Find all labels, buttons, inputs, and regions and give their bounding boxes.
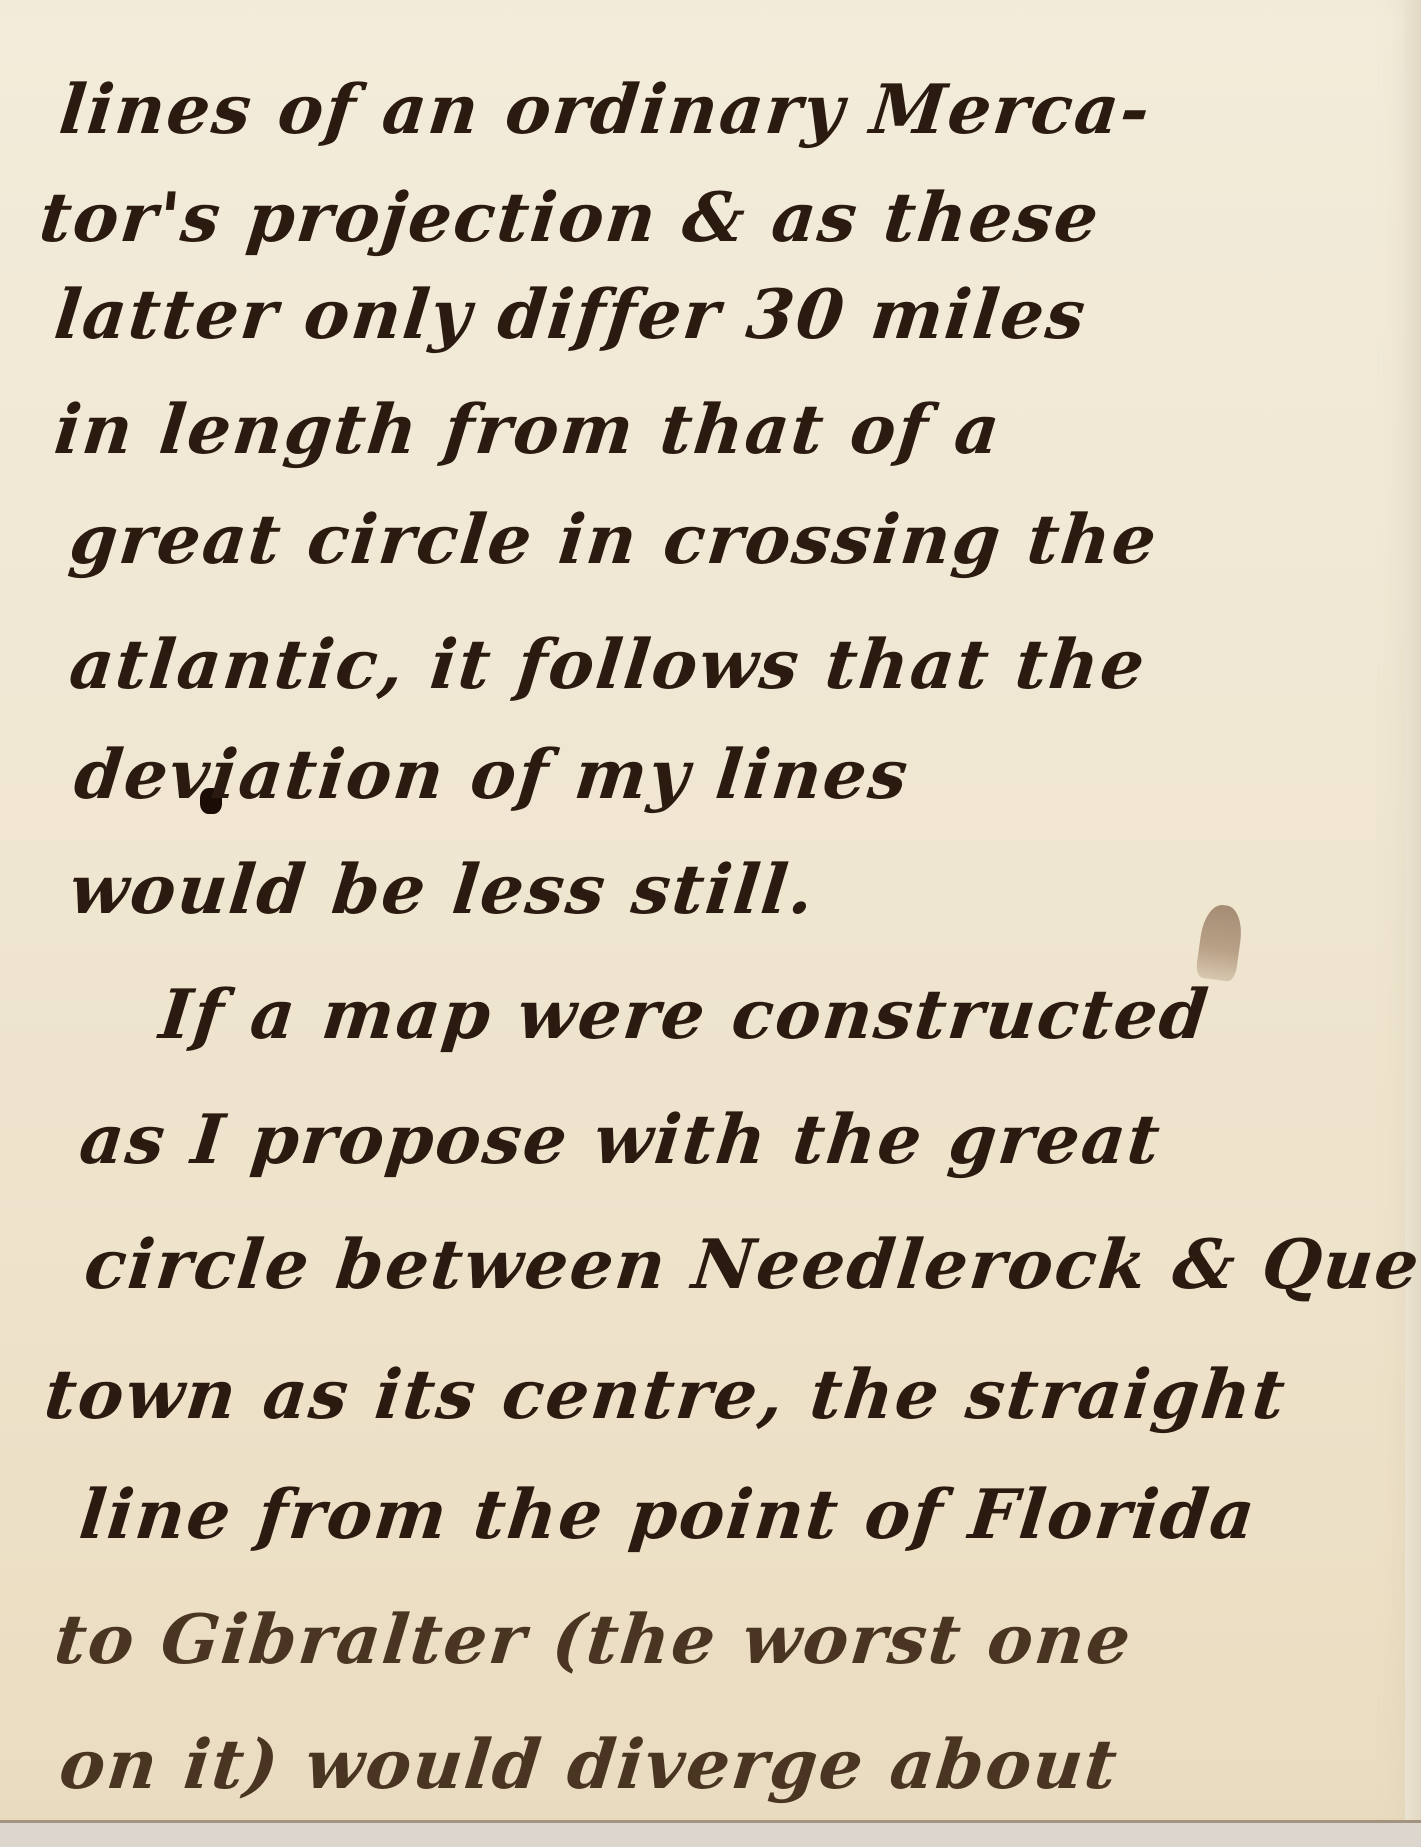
paper-edge (1405, 0, 1421, 1820)
text-line-9: If a map were constructed (156, 975, 1213, 1055)
ink-smudge (1195, 903, 1245, 983)
text-line-13: line from the point of Florida (76, 1475, 1261, 1555)
text-line-15: on it) would diverge about (56, 1725, 1123, 1805)
background-surface (0, 1823, 1421, 1847)
text-line-11: circle between Needlerock & Queens (81, 1225, 1421, 1305)
text-line-10: as I propose with the great (76, 1100, 1166, 1180)
text-line-4: in length from that of a (51, 390, 1005, 470)
letter-page: lines of an ordinary Merca- tor's projec… (0, 0, 1421, 1823)
text-line-7: deviation of my lines (71, 735, 913, 815)
text-line-2: tor's projection & as these (36, 178, 1104, 258)
text-line-1: lines of an ordinary Merca- (56, 70, 1155, 150)
text-line-8: would be less still. (66, 850, 819, 930)
text-line-12: town as its centre, the straight (41, 1355, 1291, 1435)
text-line-6: atlantic, it follows that the (66, 625, 1150, 705)
text-line-3: latter only differ 30 miles (51, 275, 1091, 355)
text-line-14: to Gibralter (the worst one (51, 1600, 1136, 1680)
text-line-5: great circle in crossing the (66, 500, 1162, 580)
